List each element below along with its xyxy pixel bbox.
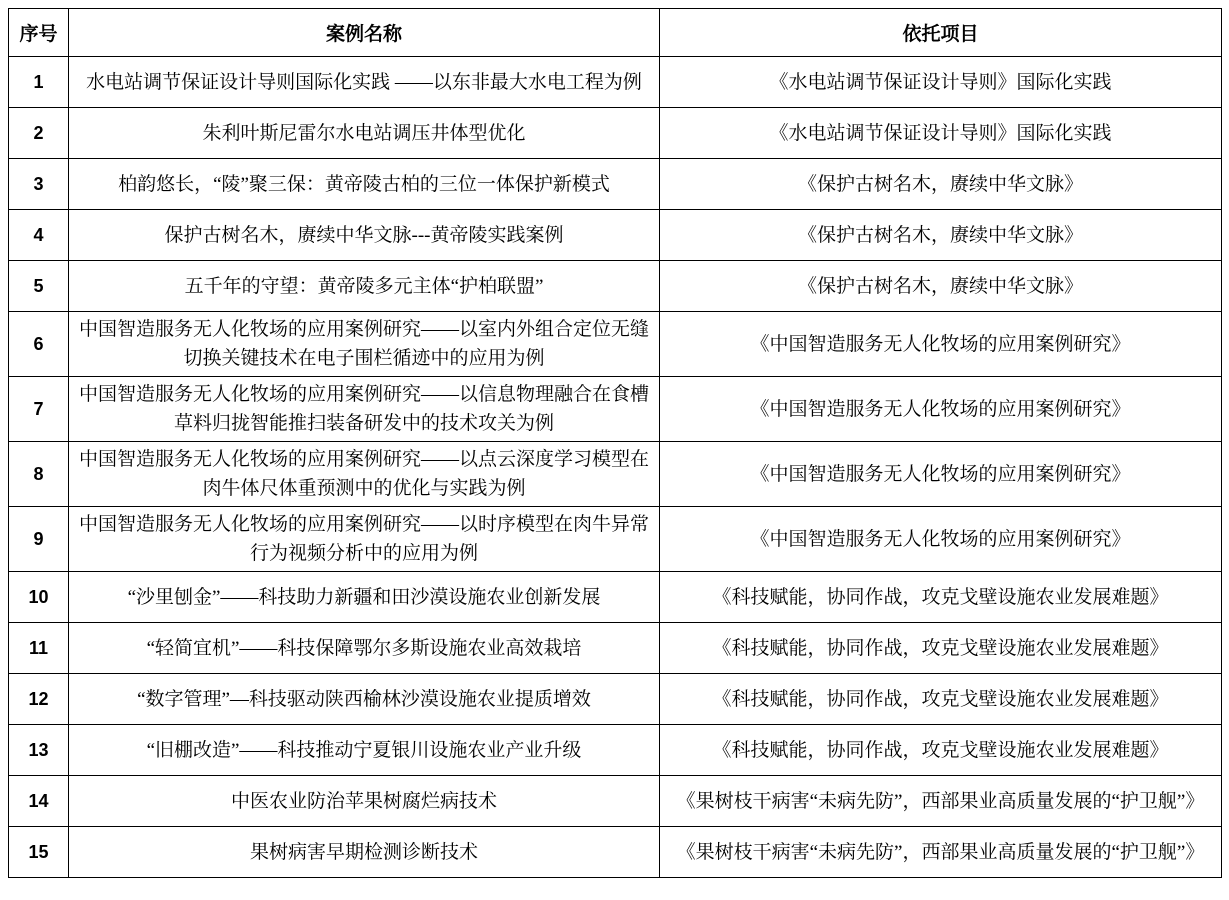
row-number-cell: 8 [9, 442, 69, 507]
case-name-cell: 朱利叶斯尼雷尔水电站调压井体型优化 [69, 108, 660, 159]
project-cell: 《保护古树名木，赓续中华文脉》 [660, 159, 1222, 210]
table-row: 7 中国智造服务无人化牧场的应用案例研究——以信息物理融合在食槽草料归拢智能推扫… [9, 377, 1222, 442]
table-row: 5 五千年的守望：黄帝陵多元主体“护柏联盟” 《保护古树名木，赓续中华文脉》 [9, 261, 1222, 312]
row-number-cell: 11 [9, 623, 69, 674]
row-number-cell: 5 [9, 261, 69, 312]
table-row: 6 中国智造服务无人化牧场的应用案例研究——以室内外组合定位无缝切换关键技术在电… [9, 312, 1222, 377]
row-number-cell: 6 [9, 312, 69, 377]
case-name-cell: 柏韵悠长，“陵”聚三保：黄帝陵古柏的三位一体保护新模式 [69, 159, 660, 210]
project-cell: 《中国智造服务无人化牧场的应用案例研究》 [660, 312, 1222, 377]
table-row: 11 “轻简宜机”——科技保障鄂尔多斯设施农业高效栽培 《科技赋能，协同作战，攻… [9, 623, 1222, 674]
row-number-cell: 13 [9, 725, 69, 776]
project-cell: 《水电站调节保证设计导则》国际化实践 [660, 57, 1222, 108]
case-name-cell: 中国智造服务无人化牧场的应用案例研究——以时序模型在肉牛异常行为视频分析中的应用… [69, 507, 660, 572]
project-cell: 《保护古树名木，赓续中华文脉》 [660, 261, 1222, 312]
table-row: 12 “数字管理”—科技驱动陕西榆林沙漠设施农业提质增效 《科技赋能，协同作战，… [9, 674, 1222, 725]
project-cell: 《科技赋能，协同作战，攻克戈壁设施农业发展难题》 [660, 623, 1222, 674]
table-row: 1 水电站调节保证设计导则国际化实践 ——以东非最大水电工程为例 《水电站调节保… [9, 57, 1222, 108]
case-name-cell: 保护古树名木，赓续中华文脉---黄帝陵实践案例 [69, 210, 660, 261]
header-project: 依托项目 [660, 9, 1222, 57]
table-row: 13 “旧棚改造”——科技推动宁夏银川设施农业产业升级 《科技赋能，协同作战，攻… [9, 725, 1222, 776]
row-number-cell: 9 [9, 507, 69, 572]
table-row: 2 朱利叶斯尼雷尔水电站调压井体型优化 《水电站调节保证设计导则》国际化实践 [9, 108, 1222, 159]
table-row: 15 果树病害早期检测诊断技术 《果树枝干病害“未病先防”，西部果业高质量发展的… [9, 827, 1222, 878]
row-number-cell: 1 [9, 57, 69, 108]
table-body: 1 水电站调节保证设计导则国际化实践 ——以东非最大水电工程为例 《水电站调节保… [9, 57, 1222, 878]
case-name-cell: 五千年的守望：黄帝陵多元主体“护柏联盟” [69, 261, 660, 312]
project-cell: 《中国智造服务无人化牧场的应用案例研究》 [660, 377, 1222, 442]
table-row: 10 “沙里刨金”——科技助力新疆和田沙漠设施农业创新发展 《科技赋能，协同作战… [9, 572, 1222, 623]
table-row: 8 中国智造服务无人化牧场的应用案例研究——以点云深度学习模型在肉牛体尺体重预测… [9, 442, 1222, 507]
row-number-cell: 4 [9, 210, 69, 261]
row-number-cell: 15 [9, 827, 69, 878]
project-cell: 《中国智造服务无人化牧场的应用案例研究》 [660, 507, 1222, 572]
case-name-cell: 中医农业防治苹果树腐烂病技术 [69, 776, 660, 827]
case-name-cell: 中国智造服务无人化牧场的应用案例研究——以室内外组合定位无缝切换关键技术在电子围… [69, 312, 660, 377]
project-cell: 《果树枝干病害“未病先防”，西部果业高质量发展的“护卫舰”》 [660, 776, 1222, 827]
project-cell: 《中国智造服务无人化牧场的应用案例研究》 [660, 442, 1222, 507]
project-cell: 《水电站调节保证设计导则》国际化实践 [660, 108, 1222, 159]
header-no: 序号 [9, 9, 69, 57]
case-name-cell: “轻简宜机”——科技保障鄂尔多斯设施农业高效栽培 [69, 623, 660, 674]
case-name-cell: 果树病害早期检测诊断技术 [69, 827, 660, 878]
row-number-cell: 2 [9, 108, 69, 159]
project-cell: 《科技赋能，协同作战，攻克戈壁设施农业发展难题》 [660, 725, 1222, 776]
cases-table: 序号 案例名称 依托项目 1 水电站调节保证设计导则国际化实践 ——以东非最大水… [8, 8, 1222, 878]
row-number-cell: 10 [9, 572, 69, 623]
case-name-cell: 中国智造服务无人化牧场的应用案例研究——以点云深度学习模型在肉牛体尺体重预测中的… [69, 442, 660, 507]
case-name-cell: 水电站调节保证设计导则国际化实践 ——以东非最大水电工程为例 [69, 57, 660, 108]
table-row: 9 中国智造服务无人化牧场的应用案例研究——以时序模型在肉牛异常行为视频分析中的… [9, 507, 1222, 572]
row-number-cell: 7 [9, 377, 69, 442]
project-cell: 《科技赋能，协同作战，攻克戈壁设施农业发展难题》 [660, 572, 1222, 623]
project-cell: 《保护古树名木，赓续中华文脉》 [660, 210, 1222, 261]
case-name-cell: “沙里刨金”——科技助力新疆和田沙漠设施农业创新发展 [69, 572, 660, 623]
table-row: 4 保护古树名木，赓续中华文脉---黄帝陵实践案例 《保护古树名木，赓续中华文脉… [9, 210, 1222, 261]
table-row: 14 中医农业防治苹果树腐烂病技术 《果树枝干病害“未病先防”，西部果业高质量发… [9, 776, 1222, 827]
case-name-cell: “数字管理”—科技驱动陕西榆林沙漠设施农业提质增效 [69, 674, 660, 725]
project-cell: 《果树枝干病害“未病先防”，西部果业高质量发展的“护卫舰”》 [660, 827, 1222, 878]
table-row: 3 柏韵悠长，“陵”聚三保：黄帝陵古柏的三位一体保护新模式 《保护古树名木，赓续… [9, 159, 1222, 210]
case-name-cell: 中国智造服务无人化牧场的应用案例研究——以信息物理融合在食槽草料归拢智能推扫装备… [69, 377, 660, 442]
row-number-cell: 3 [9, 159, 69, 210]
project-cell: 《科技赋能，协同作战，攻克戈壁设施农业发展难题》 [660, 674, 1222, 725]
row-number-cell: 14 [9, 776, 69, 827]
row-number-cell: 12 [9, 674, 69, 725]
header-row: 序号 案例名称 依托项目 [9, 9, 1222, 57]
case-name-cell: “旧棚改造”——科技推动宁夏银川设施农业产业升级 [69, 725, 660, 776]
header-case-name: 案例名称 [69, 9, 660, 57]
